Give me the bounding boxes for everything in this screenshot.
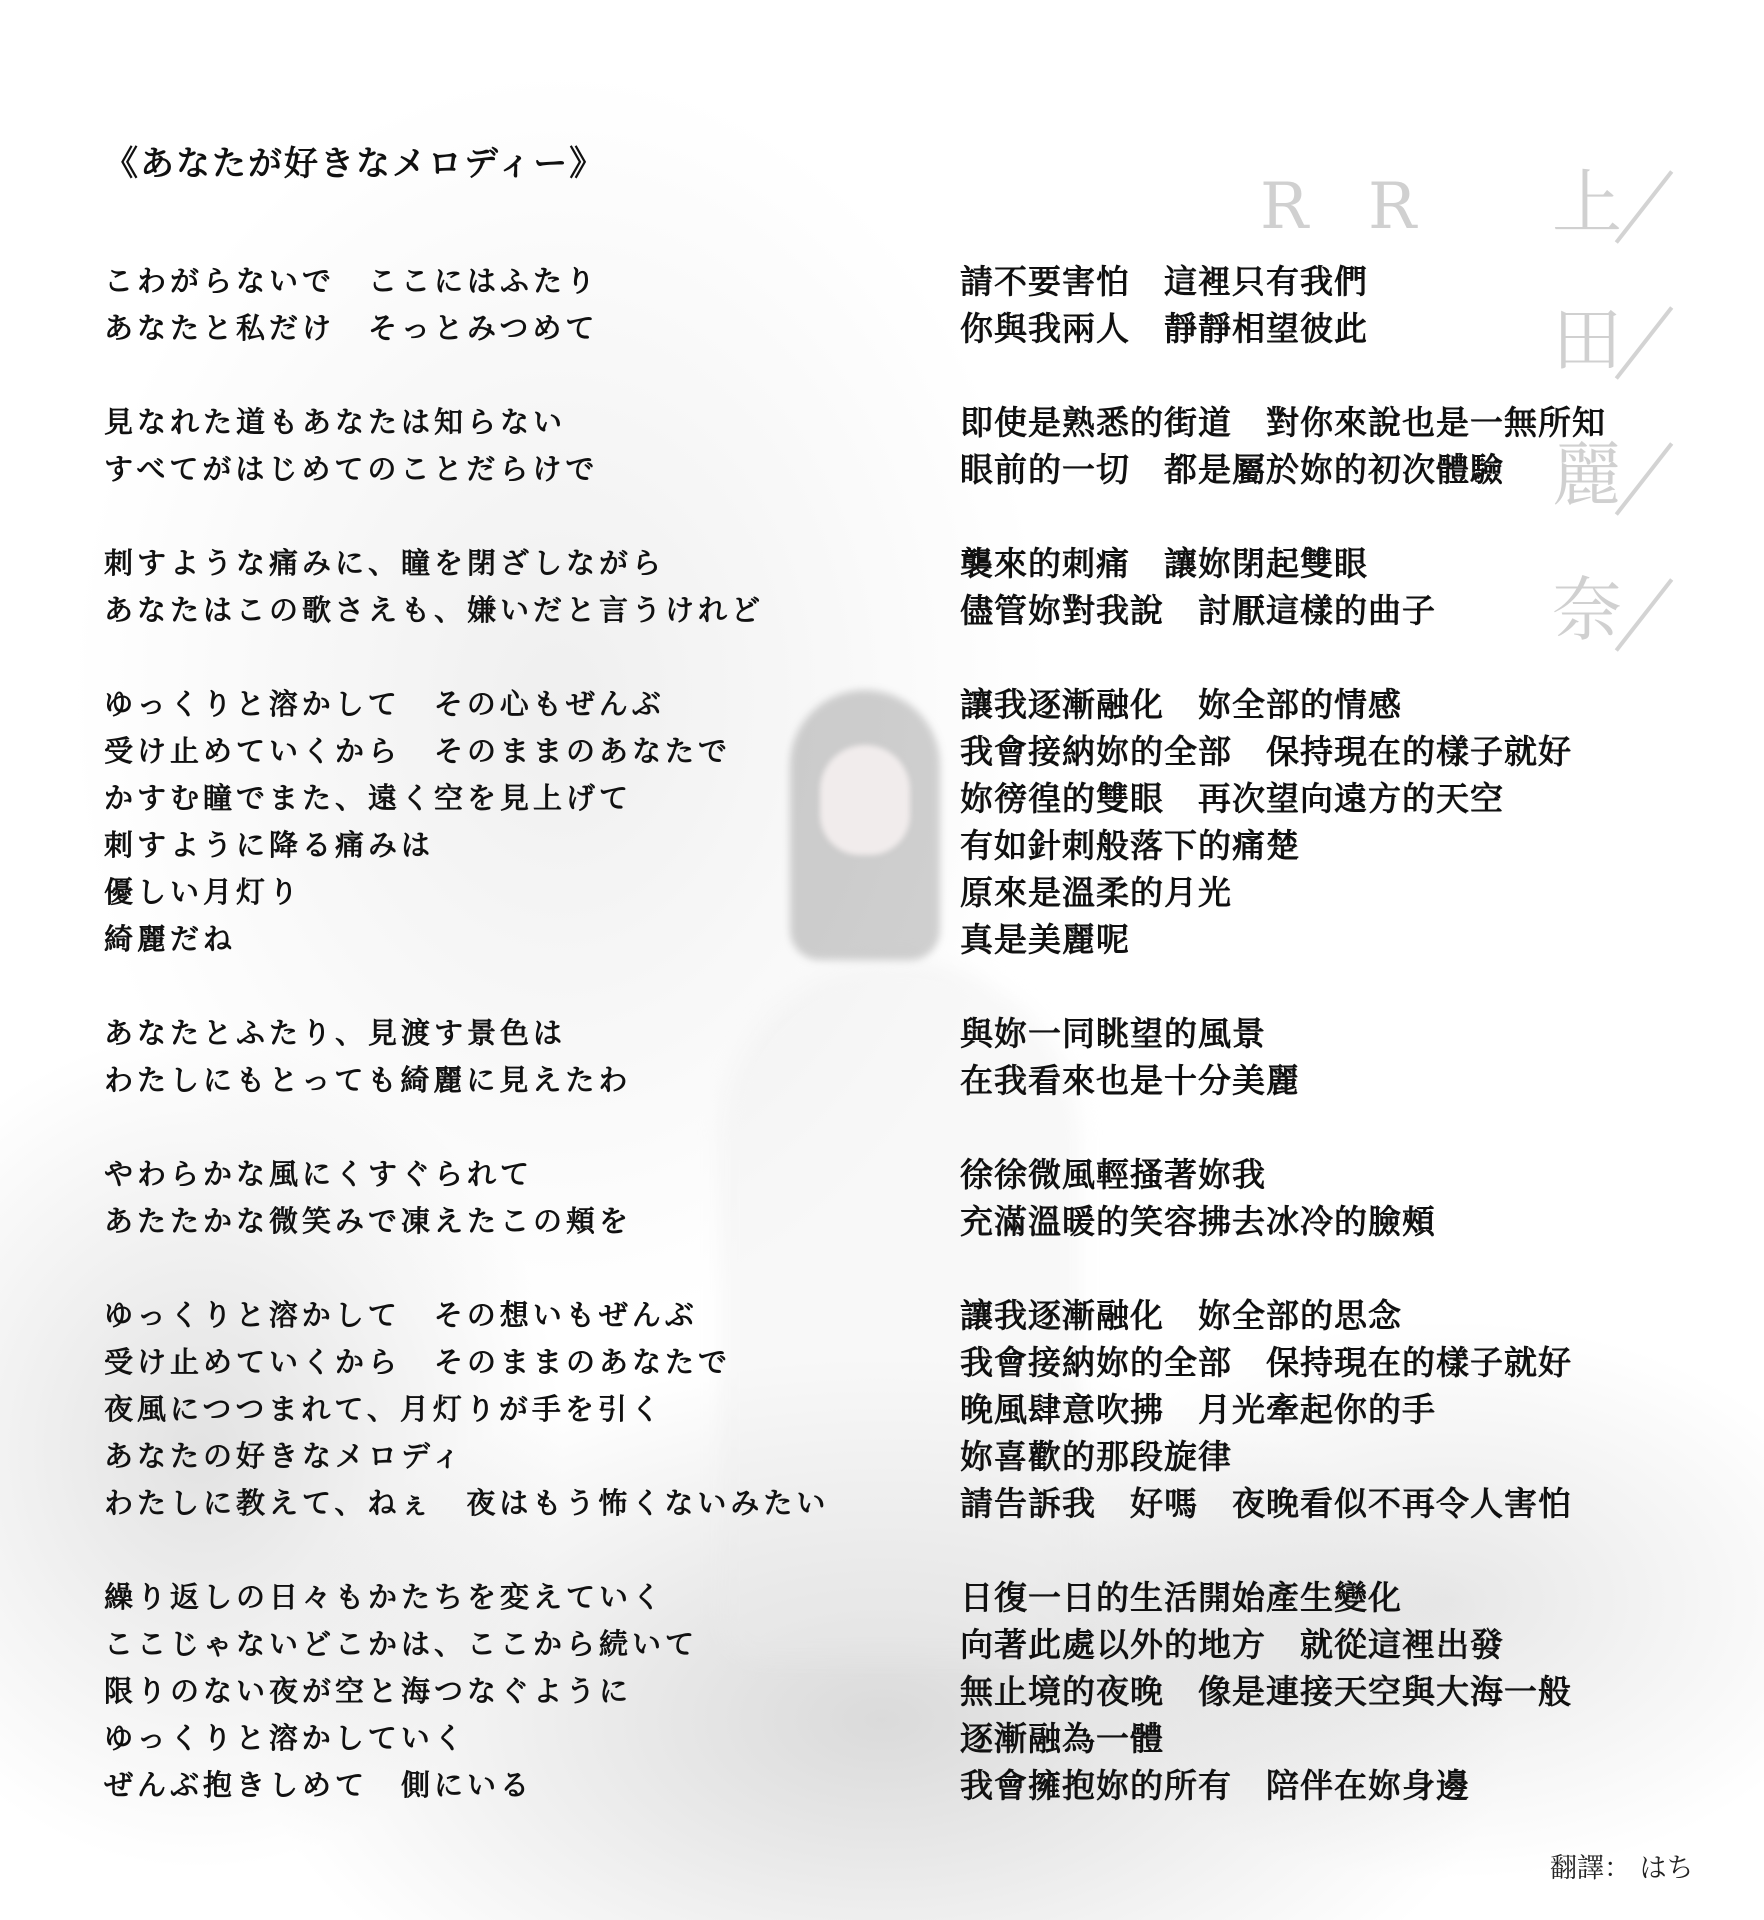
translation-line: 原來是溫柔的月光 — [960, 869, 1750, 916]
lyric-line: かすむ瞳でまた、遠く空を見上げて — [104, 775, 844, 822]
translation-line: 晚風肆意吹拂 月光牽起你的手 — [960, 1386, 1750, 1433]
lyric-line: ここじゃないどこかは、ここから続いて — [104, 1621, 844, 1668]
translation-line: 讓我逐漸融化 妳全部的情感 — [960, 681, 1750, 728]
lyric-line: やわらかな風にくすぐられて — [104, 1151, 844, 1198]
translation-line: 即使是熟悉的街道 對你來說也是一無所知 — [960, 399, 1750, 446]
translation-line: 你與我兩人 靜靜相望彼此 — [960, 305, 1750, 352]
stanza: 讓我逐漸融化 妳全部的情感 我會接納妳的全部 保持現在的樣子就好 妳徬徨的雙眼 … — [960, 681, 1750, 963]
translation-line: 妳喜歡的那段旋律 — [960, 1433, 1750, 1480]
stanza: ゆっくりと溶かして その心もぜんぶ 受け止めていくから そのままのあなたで かす… — [104, 681, 844, 963]
translation-line: 儘管妳對我說 討厭這樣的曲子 — [960, 587, 1750, 634]
stanza: 刺すような痛みに、瞳を閉ざしながら あなたはこの歌さえも、嫌いだと言うけれど — [104, 540, 844, 634]
translation-line: 請不要害怕 這裡只有我們 — [960, 258, 1750, 305]
translation-line: 請告訴我 好嗎 夜晚看似不再令人害怕 — [960, 1480, 1750, 1527]
lyric-line: あなたと私だけ そっとみつめて — [104, 305, 844, 352]
stanza: やわらかな風にくすぐられて あたたかな微笑みで凍えたこの頬を — [104, 1151, 844, 1245]
translation-line: 日復一日的生活開始產生變化 — [960, 1574, 1750, 1621]
translation-line: 我會接納妳的全部 保持現在的樣子就好 — [960, 1339, 1750, 1386]
stanza: ゆっくりと溶かして その想いもぜんぶ 受け止めていくから そのままのあなたで 夜… — [104, 1292, 844, 1527]
translation-line: 我會接納妳的全部 保持現在的樣子就好 — [960, 728, 1750, 775]
lyrics-page: 《あなたが好きなメロディー》 こわがらないで ここにはふたり あなたと私だけ そ… — [0, 0, 1764, 1920]
lyric-line: あなたの好きなメロディ — [104, 1433, 844, 1480]
lyric-line: わたしにもとっても綺麗に見えたわ — [104, 1057, 844, 1104]
lyric-line: あなたはこの歌さえも、嫌いだと言うけれど — [104, 587, 844, 634]
translation-line: 在我看來也是十分美麗 — [960, 1057, 1750, 1104]
lyric-line: あたたかな微笑みで凍えたこの頬を — [104, 1198, 844, 1245]
stanza: 日復一日的生活開始產生變化 向著此處以外的地方 就從這裡出發 無止境的夜晚 像是… — [960, 1574, 1750, 1809]
stanza: 見なれた道もあなたは知らない すべてがはじめてのことだらけで — [104, 399, 844, 493]
lyric-line: 限りのない夜が空と海つなぐように — [104, 1668, 844, 1715]
translation-line: 眼前的一切 都是屬於妳的初次體驗 — [960, 446, 1750, 493]
stanza: こわがらないで ここにはふたり あなたと私だけ そっとみつめて — [104, 258, 844, 352]
stanza: 與妳一同眺望的風景 在我看來也是十分美麗 — [960, 1010, 1750, 1104]
translation-line: 逐漸融為一體 — [960, 1715, 1750, 1762]
lyric-line: ぜんぶ抱きしめて 側にいる — [104, 1762, 844, 1809]
japanese-lyrics-column: こわがらないで ここにはふたり あなたと私だけ そっとみつめて 見なれた道もあな… — [104, 258, 844, 1856]
lyric-line: 受け止めていくから そのままのあなたで — [104, 728, 844, 775]
translation-line: 襲來的刺痛 讓妳閉起雙眼 — [960, 540, 1750, 587]
translation-line: 與妳一同眺望的風景 — [960, 1010, 1750, 1057]
translation-line: 有如針刺般落下的痛楚 — [960, 822, 1750, 869]
translator-credit: 翻譯： はち — [1550, 1846, 1694, 1885]
chinese-translation-column: 請不要害怕 這裡只有我們 你與我兩人 靜靜相望彼此 即使是熟悉的街道 對你來說也… — [960, 258, 1750, 1856]
lyric-line: わたしに教えて、ねぇ 夜はもう怖くないみたい — [104, 1480, 844, 1527]
translation-line: 我會擁抱妳的所有 陪伴在妳身邊 — [960, 1762, 1750, 1809]
song-title: 《あなたが好きなメロディー》 — [104, 136, 605, 185]
stanza: 徐徐微風輕搔著妳我 充滿溫暖的笑容拂去冰冷的臉頰 — [960, 1151, 1750, 1245]
lyric-line: ゆっくりと溶かしていく — [104, 1715, 844, 1762]
lyric-line: 優しい月灯り — [104, 869, 844, 916]
translation-line: 讓我逐漸融化 妳全部的思念 — [960, 1292, 1750, 1339]
lyric-line: 綺麗だね — [104, 916, 844, 963]
lyric-line: 刺すような痛みに、瞳を閉ざしながら — [104, 540, 844, 587]
stanza: 襲來的刺痛 讓妳閉起雙眼 儘管妳對我說 討厭這樣的曲子 — [960, 540, 1750, 634]
lyric-line: ゆっくりと溶かして その心もぜんぶ — [104, 681, 844, 728]
translation-line: 無止境的夜晚 像是連接天空與大海一般 — [960, 1668, 1750, 1715]
stanza: 繰り返しの日々もかたちを変えていく ここじゃないどこかは、ここから続いて 限りの… — [104, 1574, 844, 1809]
lyric-line: 受け止めていくから そのままのあなたで — [104, 1339, 844, 1386]
lyric-line: ゆっくりと溶かして その想いもぜんぶ — [104, 1292, 844, 1339]
lyric-line: こわがらないで ここにはふたり — [104, 258, 844, 305]
stanza: あなたとふたり、見渡す景色は わたしにもとっても綺麗に見えたわ — [104, 1010, 844, 1104]
translation-line: 真是美麗呢 — [960, 916, 1750, 963]
lyric-line: 夜風につつまれて、月灯りが手を引く — [104, 1386, 844, 1433]
lyric-line: あなたとふたり、見渡す景色は — [104, 1010, 844, 1057]
stanza: 讓我逐漸融化 妳全部的思念 我會接納妳的全部 保持現在的樣子就好 晚風肆意吹拂 … — [960, 1292, 1750, 1527]
stanza: 請不要害怕 這裡只有我們 你與我兩人 靜靜相望彼此 — [960, 258, 1750, 352]
translation-line: 徐徐微風輕搔著妳我 — [960, 1151, 1750, 1198]
lyric-line: 繰り返しの日々もかたちを変えていく — [104, 1574, 844, 1621]
stanza: 即使是熟悉的街道 對你來說也是一無所知 眼前的一切 都是屬於妳的初次體驗 — [960, 399, 1750, 493]
translation-line: 向著此處以外的地方 就從這裡出發 — [960, 1621, 1750, 1668]
translation-line: 充滿溫暖的笑容拂去冰冷的臉頰 — [960, 1198, 1750, 1245]
lyric-line: すべてがはじめてのことだらけで — [104, 446, 844, 493]
lyric-line: 見なれた道もあなたは知らない — [104, 399, 844, 446]
lyric-line: 刺すように降る痛みは — [104, 822, 844, 869]
translation-line: 妳徬徨的雙眼 再次望向遠方的天空 — [960, 775, 1750, 822]
